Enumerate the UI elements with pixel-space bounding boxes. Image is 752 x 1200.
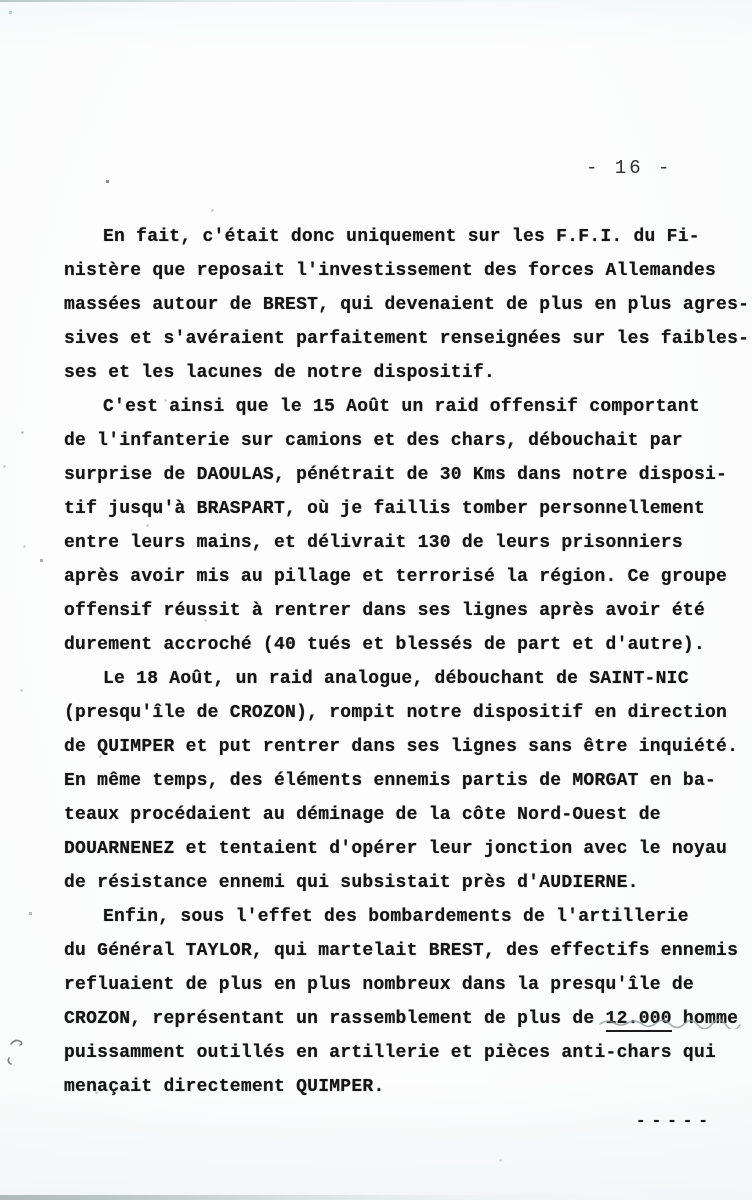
- text-line: Le 18 Août, un raid analogue, débouchant…: [64, 662, 752, 696]
- pencil-squiggle-icon: [598, 1019, 748, 1029]
- text-line: tif jusqu'à BRASPART, où je faillis tomb…: [64, 492, 752, 526]
- text-line: nistère que reposait l'investissement de…: [64, 254, 752, 288]
- scan-edge-top: [0, 0, 752, 2]
- text-line: surprise de DAOULAS, pénétrait de 30 Kms…: [64, 458, 752, 492]
- text-line: sives et s'avéraient parfaitement rensei…: [64, 322, 752, 356]
- scan-noise: [0, 0, 1, 1]
- text-line: massées autour de BREST, qui devenaient …: [64, 288, 752, 322]
- text-line: entre leurs mains, et délivrait 130 de l…: [64, 526, 752, 560]
- document-text: En fait, c'était donc uniquement sur les…: [64, 220, 752, 1104]
- text-line: En même temps, des éléments ennemis part…: [64, 764, 752, 798]
- text-line: En fait, c'était donc uniquement sur les…: [64, 220, 752, 254]
- text-line: du Général TAYLOR, qui martelait BREST, …: [64, 934, 752, 968]
- page-number: - 16 -: [586, 157, 672, 179]
- text-line: Enfin, sous l'effet des bombardements de…: [64, 900, 752, 934]
- text-line: de l'infanterie sur camions et des chars…: [64, 424, 752, 458]
- text-line: durement accroché (40 tués et blessés de…: [64, 628, 752, 662]
- text-line: menaçait directement QUIMPER.: [64, 1070, 752, 1104]
- footer-dots: -----: [636, 1112, 714, 1130]
- text-line: de résistance ennemi qui subsistait près…: [64, 866, 752, 900]
- text-line: ses et les lacunes de notre dispositif.: [64, 356, 752, 390]
- text-line: puissamment outillés en artillerie et pi…: [64, 1036, 752, 1070]
- text-line: C'est ainsi que le 15 Août un raid offen…: [64, 390, 752, 424]
- scan-edge-bottom: [0, 1195, 752, 1200]
- text-line: DOUARNENEZ et tentaient d'opérer leur jo…: [64, 832, 752, 866]
- text-line: de QUIMPER et put rentrer dans ses ligne…: [64, 730, 752, 764]
- text-line: teaux procédaient au déminage de la côte…: [64, 798, 752, 832]
- text-line: refluaient de plus en plus nombreux dans…: [64, 968, 752, 1002]
- text-line: (presqu'île de CROZON), rompit notre dis…: [64, 696, 752, 730]
- text-line: après avoir mis au pillage et terrorisé …: [64, 560, 752, 594]
- text-line: offensif réussit à rentrer dans ses lign…: [64, 594, 752, 628]
- pencil-margin-mark-icon: [5, 1036, 27, 1066]
- scanned-page: - 16 - En fait, c'était donc uniquement …: [0, 0, 752, 1200]
